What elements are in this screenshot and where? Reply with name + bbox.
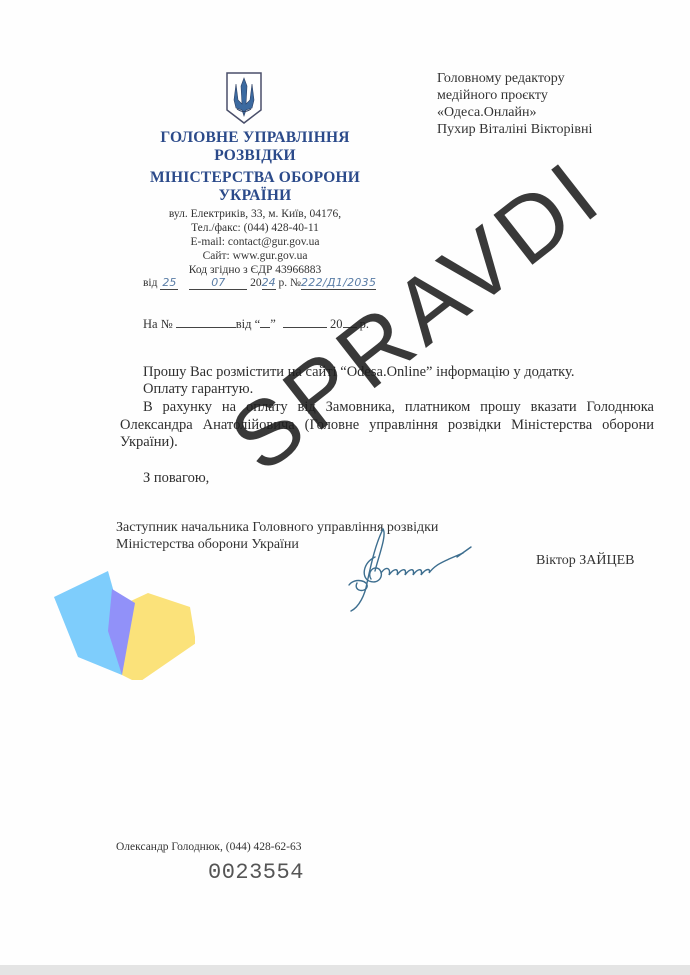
org-title-line-4: УКРАЇНИ — [130, 187, 380, 205]
ref-year-label: р. — [360, 317, 369, 331]
org-title-line-1: ГОЛОВНЕ УПРАВЛІННЯ — [130, 129, 380, 147]
org-title-line-3: МІНІСТЕРСТВА ОБОРОНИ — [130, 169, 380, 187]
issue-day: 25 — [160, 277, 178, 290]
ref-year-prefix: 20 — [330, 317, 343, 331]
ref-quote-close: ” — [270, 317, 276, 331]
issue-line: від 25 07 2024 р. №222/Д1/2035 — [143, 277, 376, 290]
document-page: ГОЛОВНЕ УПРАВЛІННЯ РОЗВІДКИ МІНІСТЕРСТВА… — [0, 0, 690, 965]
issue-year-label: р. — [278, 277, 287, 289]
ref-from-label: від — [236, 317, 252, 331]
issue-month: 07 — [189, 277, 247, 290]
recipient-line-3: «Одеса.Онлайн» — [437, 104, 537, 121]
ref-month-blank — [283, 317, 327, 328]
org-website: Сайт: www.gur.gov.ua — [130, 249, 380, 264]
body-paragraph-3: В рахунку на оплату від Замовника, платн… — [120, 399, 654, 452]
trident-emblem-icon — [224, 70, 264, 126]
org-email: E-mail: contact@gur.gov.ua — [130, 235, 380, 250]
org-address: вул. Електриків, 33, м. Київ, 04176, — [130, 207, 380, 222]
ref-number-blank — [176, 317, 236, 328]
spravdi-cube-logo-icon — [50, 565, 195, 680]
recipient-line-2: медійного проєкту — [437, 87, 548, 104]
bottom-edge-bar — [0, 965, 690, 975]
recipient-line-4: Пухир Віталіні Вікторівні — [437, 121, 592, 138]
signer-name: Віктор ЗАЙЦЕВ — [536, 553, 635, 569]
issue-year-suffix: 24 — [262, 277, 276, 290]
ref-day-blank — [260, 317, 270, 328]
handwritten-signature-icon — [345, 525, 495, 615]
issue-number-label: № — [290, 277, 301, 289]
recipient-line-1: Головному редактору — [437, 70, 565, 87]
issue-from-label: від — [143, 277, 157, 289]
contact-footer: Олександр Голоднюк, (044) 428-62-63 — [116, 841, 301, 853]
ref-year-blank — [343, 317, 357, 328]
org-phone-fax: Тел./факс: (044) 428-40-11 — [130, 221, 380, 236]
body-paragraph-2: Оплату гарантую. — [143, 381, 253, 399]
issue-year-prefix: 20 — [250, 277, 262, 289]
serial-number: 0023554 — [208, 860, 304, 885]
body-paragraph-1: Прошу Вас розмістити на сайті “Odesa.Onl… — [143, 364, 574, 382]
ref-no-label: На № — [143, 317, 173, 331]
org-title-line-2: РОЗВІДКИ — [130, 147, 380, 165]
issue-number: 222/Д1/2035 — [301, 277, 376, 290]
closing-salutation: З повагою, — [143, 470, 209, 487]
reference-line: На № від “” 20 р. — [143, 317, 369, 332]
